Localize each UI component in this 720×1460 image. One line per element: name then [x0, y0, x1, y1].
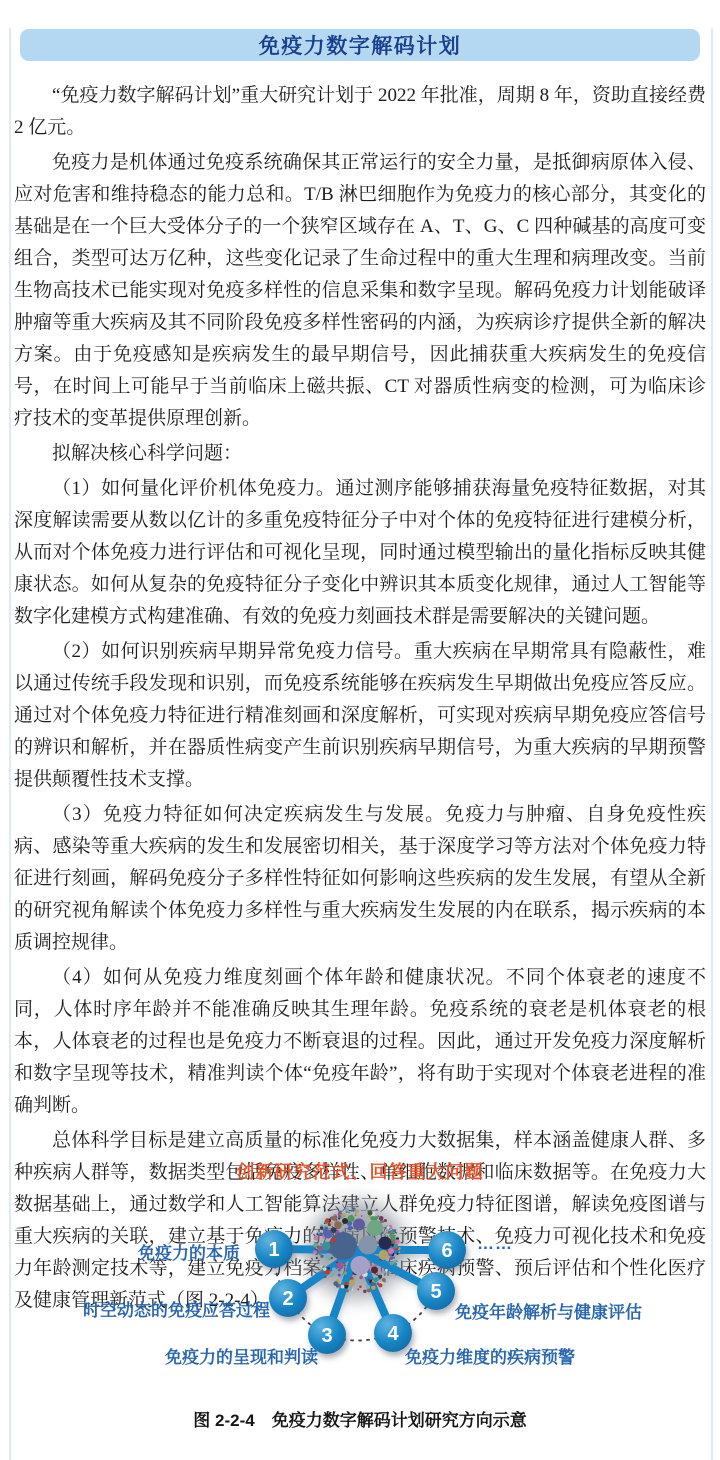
node-label-4: 免疫力维度的疾病预警	[405, 1343, 575, 1368]
node-label-5: 免疫年龄解析与健康评估	[455, 1298, 642, 1323]
paragraph-question-3: （3）免疫力特征如何决定疾病发生与发展。免疫力与肿瘤、自身免疫性疾病、感染等重大…	[14, 799, 706, 959]
direction-node-number: 3	[321, 1325, 332, 1347]
research-directions-diagram: 123456	[0, 1180, 720, 1390]
direction-node-number: 1	[268, 1239, 279, 1261]
node-label-3: 免疫力的呈现和判读	[165, 1343, 318, 1368]
paragraph-question-1: （1）如何量化评价机体免疫力。通过测序能够捕获海量免疫特征数据，对其深度解读需要…	[14, 473, 706, 633]
direction-node-6: 6	[428, 1231, 466, 1269]
direction-node-number: 2	[282, 1288, 293, 1310]
direction-node-number: 5	[430, 1281, 441, 1303]
paragraph-question-4: （4）如何从免疫力维度刻画个体年龄和健康状况。不同个体衰老的速度不同，人体时序年…	[14, 962, 706, 1122]
direction-node-number: 4	[387, 1323, 399, 1345]
node-label-6-ellipsis: ……	[477, 1234, 513, 1254]
paragraph-question-2: （2）如何识别疾病早期异常免疫力信号。重大疾病在早期常具有隐蔽性，难以通过传统手…	[14, 636, 706, 796]
figure-caption: 图 2-2-4 免疫力数字解码计划研究方向示意	[0, 1406, 720, 1431]
article-body: “免疫力数字解码计划”重大研究计划于 2022 年批准，周期 8 年，资助直接经…	[14, 80, 706, 1320]
direction-node-number: 6	[441, 1240, 452, 1262]
direction-node-2: 2	[269, 1279, 307, 1317]
paragraph-background: 免疫力是机体通过免疫系统确保其正常运行的安全力量，是抵御病原体入侵、应对危害和维…	[14, 147, 706, 435]
direction-node-5: 5	[417, 1272, 455, 1310]
node-label-2: 时空动态的免疫应答过程	[83, 1296, 270, 1321]
page-title: 免疫力数字解码计划	[259, 30, 462, 60]
direction-node-1: 1	[255, 1230, 293, 1268]
paragraph-intro: “免疫力数字解码计划”重大研究计划于 2022 年批准，周期 8 年，资助直接经…	[14, 80, 706, 144]
node-label-1: 免疫力的本质	[138, 1239, 240, 1264]
paragraph-questions-lead: 拟解决核心科学问题：	[14, 438, 706, 470]
section-header-bar: 免疫力数字解码计划	[20, 29, 700, 61]
